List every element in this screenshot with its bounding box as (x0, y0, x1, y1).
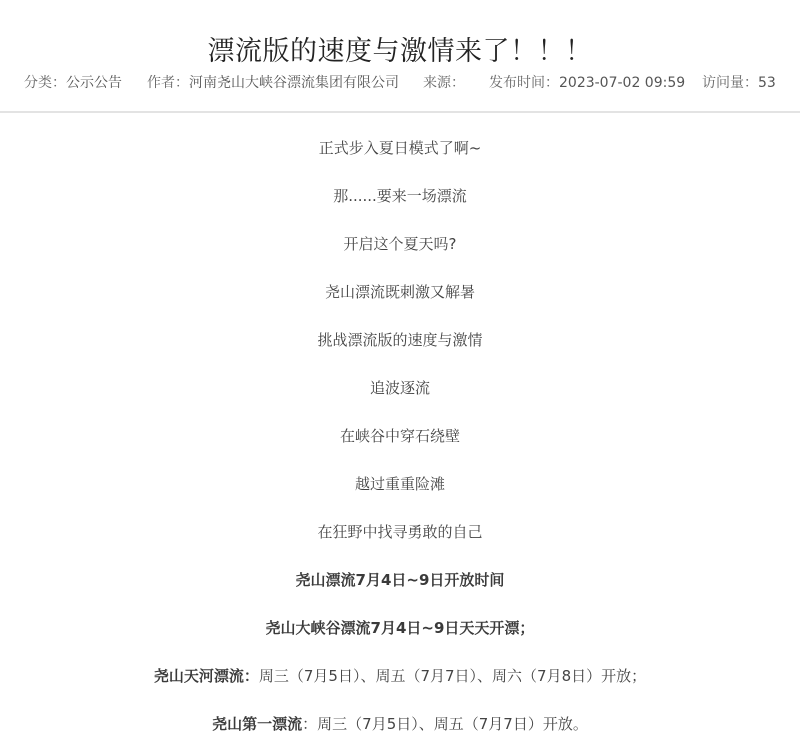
meta-author-label: 作者： (147, 75, 189, 91)
meta-category-value[interactable]: 公示公告 (66, 75, 122, 91)
meta-category: 分类：公示公告 (24, 72, 122, 94)
paragraph: 开启这个夏天吗? (0, 233, 800, 255)
meta-source-label: 来源： (423, 75, 465, 91)
paragraph: 正式步入夏日模式了啊~ (0, 137, 800, 159)
meta-views-label: 访问量： (702, 75, 758, 91)
meta-author: 作者：河南尧山大峡谷漂流集团有限公司 (147, 72, 399, 94)
meta-source: 来源： (423, 72, 465, 94)
schedule-tianhe: 尧山天河漂流：周三（7月5日）、周五（7月7日）、周六（7月8日）开放； (0, 665, 800, 687)
paragraph: 那......要来一场漂流 (0, 185, 800, 207)
meta-category-label: 分类： (24, 75, 66, 91)
schedule-tianhe-name: 尧山天河漂流： (154, 667, 259, 685)
schedule-heading: 尧山漂流7月4日~9日开放时间 (0, 569, 800, 591)
meta-views-value: 53 (758, 75, 776, 91)
paragraph: 在峡谷中穿石绕壁 (0, 425, 800, 447)
schedule-tianhe-days: 周三（7月5日）、周五（7月7日）、周六（7月8日）开放； (259, 667, 646, 685)
schedule-diyi-days: ：周三（7月5日）、周五（7月7日）开放。 (302, 715, 588, 733)
paragraph: 挑战漂流版的速度与激情 (0, 329, 800, 351)
meta-published-label: 发布时间： (489, 75, 559, 91)
paragraph: 在狂野中找寻勇敢的自己 (0, 521, 800, 543)
article-header: 漂流版的速度与激情来了！！！ 分类：公示公告 作者：河南尧山大峡谷漂流集团有限公… (0, 0, 800, 113)
schedule-daxiagu: 尧山大峡谷漂流7月4日~9日天天开漂； (0, 617, 800, 639)
meta-views: 访问量：53 (702, 72, 776, 94)
meta-author-value: 河南尧山大峡谷漂流集团有限公司 (189, 75, 399, 91)
article-title: 漂流版的速度与激情来了！！！ (0, 33, 800, 71)
meta-published-value: 2023-07-02 09:59 (559, 75, 685, 91)
paragraph: 追波逐流 (0, 377, 800, 399)
schedule-diyi-name: 尧山第一漂流 (212, 715, 302, 733)
paragraph: 越过重重险滩 (0, 473, 800, 495)
paragraph: 尧山漂流既刺激又解暑 (0, 281, 800, 303)
header-divider (0, 111, 800, 113)
meta-published: 发布时间：2023-07-02 09:59 (489, 72, 685, 94)
article-meta-bar: 分类：公示公告 作者：河南尧山大峡谷漂流集团有限公司 来源： 发布时间：2023… (0, 72, 800, 94)
schedule-diyi: 尧山第一漂流：周三（7月5日）、周五（7月7日）开放。 (0, 713, 800, 735)
